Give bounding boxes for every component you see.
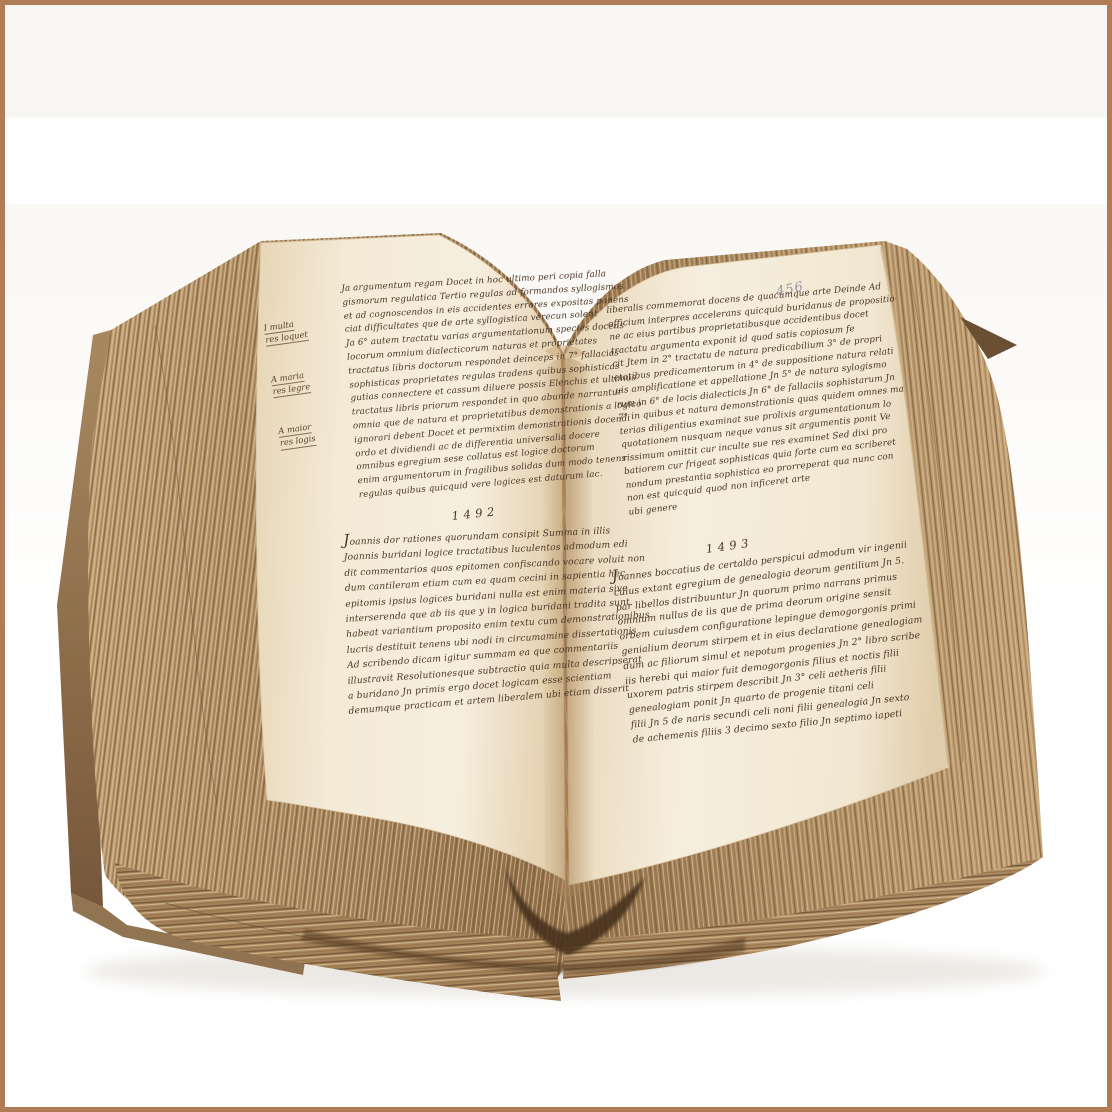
right-open-page [565, 245, 949, 885]
gutter-shadow [541, 358, 595, 896]
photo-frame: 456 I multares loquetA mariares legreA m… [0, 0, 1112, 1112]
book-photo [5, 5, 1112, 1112]
left-open-page [256, 235, 565, 880]
